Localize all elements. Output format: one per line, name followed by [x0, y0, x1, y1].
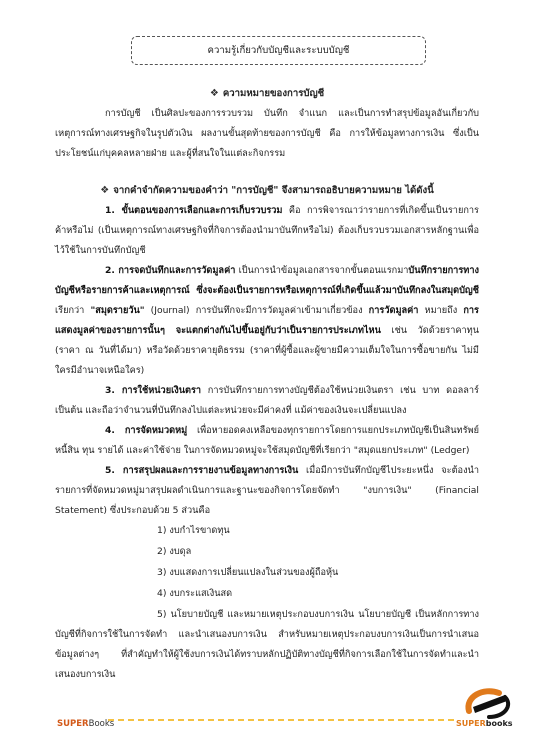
brand-books: books: [486, 719, 513, 728]
document-body: ❖ความหมายของการบัญชี การบัญชี เป็นศิลปะข…: [55, 84, 479, 685]
footer-brand-right: SUPERbooks: [456, 714, 513, 734]
explanation-item-5: 5. การสรุปผลและการรายงานข้อมูลทางการเงิน…: [55, 461, 479, 521]
section-heading-text: จากคำจำกัดความของคำว่า "การบัญชี" จึงสาม…: [113, 185, 434, 196]
explanation-item-4: 4. การจัดหมวดหมู่ เพื่อหายอดคงเหลือของทุ…: [55, 421, 479, 461]
section-heading-explanation: ❖จากคำจำกัดความของคำว่า "การบัญชี" จึงสา…: [55, 181, 479, 201]
item-text: (Journal) การบันทึกจะมีการวัดมูลค่าเข้าม…: [145, 305, 369, 316]
list-item-5: 5) นโยบายบัญชี และหมายเหตุประกอบงบการเงิ…: [55, 605, 479, 685]
meaning-paragraph: การบัญชี เป็นศิลปะของการรวบรวม บันทึก จำ…: [55, 104, 479, 164]
document-title-box: ความรู้เกี่ยวกับบัญชีและระบบบัญชี: [131, 36, 426, 65]
item-emphasis: การวัดมูลค่า: [369, 305, 419, 316]
item-text: หมายถึง: [418, 305, 463, 316]
explanation-item-1: 1. ขั้นตอนของการเลือกและการเก็บรวบรวม คื…: [55, 201, 479, 261]
item-text: เป็นการนำข้อมูลเอกสารจากขั้นตอนแรกมา: [235, 265, 408, 276]
diamond-bullet-icon: ❖: [100, 185, 109, 196]
item-emphasis: "สมุดรายวัน": [90, 305, 144, 316]
footer-dashed-divider: [108, 719, 454, 721]
list-item: 3) งบแสดงการเปลี่ยนแปลงในส่วนของผู้ถือหุ…: [157, 563, 479, 584]
item-title: 4. การจัดหมวดหมู่: [105, 425, 187, 436]
item-title: 1. ขั้นตอนของการเลือกและการเก็บรวบรวม: [105, 205, 282, 216]
item-title: 3. การใช้หน่วยเงินตรา: [105, 385, 201, 396]
item-text: เรียกว่า: [55, 305, 90, 316]
diamond-bullet-icon: ❖: [210, 88, 219, 99]
brand-super: SUPER: [456, 719, 486, 728]
footer-brand-left: SUPERBooks: [57, 714, 114, 734]
explanation-item-3: 3. การใช้หน่วยเงินตรา การบันทึกรายการทาง…: [55, 381, 479, 421]
explanation-item-2: 2. การจดบันทึกและการวัดมูลค่า เป็นการนำข…: [55, 261, 479, 381]
financial-statements-list: 1) งบกำไรขาดทุน 2) งบดุล 3) งบแสดงการเปล…: [55, 521, 479, 605]
list-item: 1) งบกำไรขาดทุน: [157, 521, 479, 542]
item-title: 5. การสรุปผลและการรายงานข้อมูลทางการเงิน: [105, 465, 298, 476]
brand-super: SUPER: [57, 719, 89, 729]
list-item: 2) งบดุล: [157, 542, 479, 563]
section-heading-text: ความหมายของการบัญชี: [223, 88, 324, 99]
item-title: 2. การจดบันทึกและการวัดมูลค่า: [105, 265, 235, 276]
document-title: ความรู้เกี่ยวกับบัญชีและระบบบัญชี: [208, 41, 350, 61]
list-item: 4) งบกระแสเงินสด: [157, 584, 479, 605]
section-heading-meaning: ❖ความหมายของการบัญชี: [55, 84, 479, 104]
